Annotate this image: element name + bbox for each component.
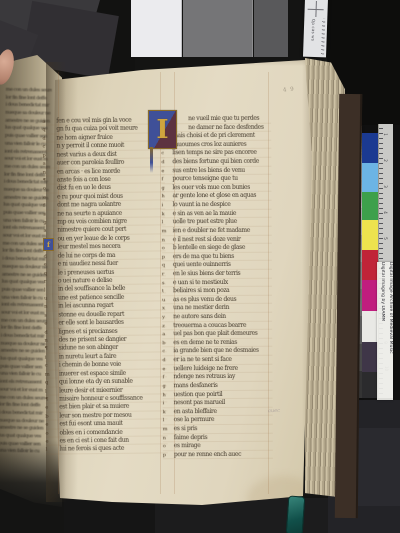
line-text: dont me nagra uolantre	[57, 201, 121, 209]
text-column-right: ne vueil mie que tu perdesne damer ne fa…	[161, 115, 273, 460]
line-marker: h	[163, 392, 174, 398]
line-text: ers de ma que tu biens	[173, 253, 234, 261]
line-text: gn fu qua cuiza poi voit meure	[56, 125, 137, 133]
line-marker: a	[43, 228, 57, 234]
line-text: est fui esont uma mauit	[59, 420, 122, 428]
margin-scribble: auec	[268, 408, 280, 415]
line-text: leure desir et mieernier	[59, 386, 122, 394]
line-text: misaire honneur e souffissance	[59, 394, 142, 402]
color-patch-magenta	[362, 280, 378, 311]
line-marker: d	[44, 253, 58, 259]
line-marker: d	[161, 159, 172, 165]
label-tick-marks	[321, 18, 325, 54]
line-text: es si pris	[174, 425, 197, 432]
line-marker: m	[45, 371, 59, 377]
line-text: est bien plair et sa muiere	[59, 403, 129, 411]
color-patch-red	[362, 250, 378, 280]
color-calibration-bar	[362, 133, 378, 398]
line-text: nest varius a deux dist	[57, 150, 117, 158]
line-text: ose la permure	[174, 416, 215, 423]
line-marker: p	[162, 254, 173, 260]
diamm-credit-label: Digital Imaging by DIAMM Digital Image A…	[377, 262, 393, 400]
line-marker: u	[162, 297, 173, 303]
color-patch-navy	[362, 133, 378, 163]
line-text: de lui ne corps de ma	[58, 252, 116, 260]
line-text: lisen temps ne sire pas encoree	[172, 149, 256, 157]
line-marker: e	[46, 439, 60, 445]
line-text: nesont pas marueil	[174, 399, 225, 407]
line-text: qui lonne eta dy en sunable	[59, 378, 133, 386]
line-marker: r	[162, 271, 173, 277]
line-marker: r	[44, 279, 58, 285]
line-text: e uan si te mestieulx	[173, 278, 228, 286]
line-marker: e	[45, 422, 59, 428]
line-marker: i	[162, 202, 173, 208]
line-text: es en deme ne te renias	[173, 339, 237, 347]
line-marker: l	[163, 418, 174, 424]
line-text: ndenge nes retraus iay	[173, 373, 235, 381]
line-text: lignes et si precianses	[58, 327, 117, 335]
shelfmark-text: Qp cas ws	[305, 19, 316, 55]
line-text: mp ou vois combien nigre	[57, 218, 126, 226]
line-text: ou en yer leaue de le corps	[57, 235, 129, 243]
registration-label: Qp cas ws	[303, 0, 328, 57]
line-marker: i	[45, 354, 59, 360]
line-marker: d	[42, 135, 56, 141]
line-marker: i	[163, 400, 174, 406]
line-text: es en ci est i cone fait dun	[60, 437, 129, 445]
line-marker: p	[43, 152, 57, 158]
line-text: in lei ascunna regart	[58, 302, 113, 310]
line-marker: a	[42, 119, 56, 125]
text-column-left: afen e cou vol mis gin la voceqgn fu qua…	[42, 116, 168, 454]
line-text: una ne mestier derin	[173, 304, 229, 312]
line-text: auer con paroleia feulliro	[57, 159, 124, 167]
line-text: mais choisi et de pri clerement	[172, 132, 255, 140]
line-text: as es plus venu de deus	[173, 296, 236, 304]
line-text: lui ne ferois si ques acte	[60, 445, 124, 453]
line-marker: e	[44, 321, 58, 327]
book-cover	[335, 94, 362, 518]
line-text: e ni uaudiez nessi fuer	[58, 260, 118, 268]
page-clamp	[286, 495, 306, 533]
line-text: sus entre les biens de venu	[172, 166, 244, 174]
diamm-credit-text: Digital Imaging by DIAMM	[377, 262, 385, 400]
line-marker: ¶	[45, 396, 59, 402]
line-marker: y	[162, 314, 173, 320]
line-marker: c	[161, 151, 172, 157]
line-text: le i preneuses uertus	[58, 268, 114, 276]
line-marker: n	[43, 169, 57, 175]
line-text: uellere luideige ne frere	[173, 364, 237, 372]
color-patch-yellow	[362, 220, 378, 250]
initial-letter: f	[47, 241, 50, 248]
line-text: uestion que poirtil	[174, 390, 223, 398]
line-marker: q	[45, 380, 59, 386]
line-text: mans desfaneris	[173, 382, 217, 390]
line-marker: b	[45, 413, 59, 419]
line-text: inuerer est espace simile	[59, 369, 126, 377]
line-marker: m	[163, 426, 174, 432]
line-marker: ¶	[43, 177, 57, 183]
line-marker: o	[43, 186, 57, 192]
line-text: ne damer ne face desfendes	[188, 123, 263, 131]
line-marker: c	[43, 144, 57, 150]
line-text: faime depris	[174, 433, 207, 440]
ruler-number: 2	[383, 159, 388, 162]
line-marker: t	[162, 288, 173, 294]
line-marker: d	[44, 329, 58, 335]
line-text: dist fu en uo le deus	[57, 184, 111, 192]
color-patch-dark-gray	[362, 372, 378, 398]
screenshot-root: Qp cas ws 12345678910 Digital Imaging by…	[0, 0, 400, 533]
line-marker: e	[45, 405, 59, 411]
line-marker: n	[162, 237, 173, 243]
line-marker: n	[45, 337, 59, 343]
line-text: uel pas bon que plait demeures	[173, 330, 257, 338]
color-patch-white	[362, 311, 378, 342]
line-marker: g	[163, 383, 174, 389]
line-marker: z	[162, 323, 173, 329]
illuminated-initial: I	[148, 110, 177, 149]
calibration-gray-patch	[183, 0, 253, 57]
line-text: o uei nature e delise	[58, 277, 112, 285]
line-text: n y perroit il conne muoit	[57, 142, 125, 150]
line-text: ne autore sans dein	[173, 313, 226, 321]
line-marker: m	[162, 228, 173, 234]
line-text: in nuretu leurt a faire	[59, 353, 116, 361]
line-text: nimestre quiere cout pert	[57, 226, 126, 234]
line-marker: k	[162, 211, 173, 217]
line-text: e il nest rest si doze venir	[173, 235, 241, 243]
line-text: in del souffisance la belle	[58, 285, 125, 293]
line-marker: c	[162, 349, 173, 355]
line-text: es mirage	[174, 442, 201, 449]
line-marker: e	[44, 262, 58, 268]
line-marker: d	[162, 357, 173, 363]
line-text: ne hom aigner fruice	[56, 134, 112, 142]
line-text: i chemin de bonne voie	[59, 361, 121, 369]
line-text: anste fois a con lose	[57, 176, 111, 184]
line-text: leur mestel mes necera	[58, 243, 121, 251]
initial-flourish	[150, 147, 153, 173]
line-marker: l	[162, 220, 173, 226]
line-marker: f	[43, 203, 57, 209]
line-marker: f	[162, 375, 173, 381]
line-marker: c	[45, 363, 59, 369]
initial-letter: I	[156, 117, 168, 143]
ruler-number: 4	[383, 211, 388, 214]
line-text: beliaires si mon poza	[173, 287, 229, 295]
line-marker: s	[43, 211, 57, 217]
line-marker: e	[161, 168, 172, 174]
line-marker: p	[163, 452, 174, 458]
line-text: sauoumes cros loz aunieres	[172, 141, 246, 149]
line-text: e ru pour quoi mist dous	[57, 192, 123, 200]
line-marker: h	[162, 194, 173, 200]
line-text: er ia ne te sent si face	[173, 356, 231, 364]
line-marker: s	[162, 280, 173, 286]
line-marker: ¶	[45, 346, 59, 352]
color-patch-dark-violet	[362, 342, 378, 372]
line-text: leur son mestre por mesou	[59, 411, 131, 419]
line-text: ne na seurte n apuiance	[57, 209, 122, 217]
line-marker: j	[44, 287, 58, 293]
line-text: uolle tre puet estre plue	[173, 218, 237, 226]
line-marker: x	[162, 306, 173, 312]
ruler-number: 3	[383, 185, 388, 188]
line-text: ien e doubler ne fet madame	[173, 227, 250, 235]
line-text: ia grande bien que ne desmaies	[173, 347, 258, 355]
line-text: stonne eu douelle repart	[58, 310, 124, 318]
line-marker: q	[44, 270, 58, 276]
line-text: sidune ne son abinger	[59, 344, 118, 352]
line-marker: k	[163, 409, 174, 415]
line-text: en asta bleffaire	[174, 408, 217, 416]
line-marker: n	[44, 304, 58, 310]
line-text: b lentelle en siege de glase	[173, 244, 245, 252]
line-text: une est patience sencille	[58, 294, 124, 302]
line-text: fen e cou vol mis gin la voce	[56, 117, 131, 125]
line-text: er elle sont le bausardes	[58, 319, 123, 327]
line-marker: q	[162, 263, 173, 269]
line-marker: l	[46, 447, 60, 453]
line-text: pource tenseigne que tu	[172, 175, 237, 183]
line-text: lo vaunt ia ne despice	[173, 201, 231, 209]
line-text: ne vueil mie que tu perdes	[188, 115, 259, 123]
line-marker: g	[161, 185, 172, 191]
color-patch-green	[362, 192, 378, 220]
line-marker: e	[43, 194, 57, 200]
calibration-gray-patch	[254, 0, 288, 57]
line-marker: q	[42, 127, 56, 133]
line-text: en arcas · es lice morde	[57, 167, 120, 175]
diamm-credit-text: Digital Image Archive of Medieval Music	[385, 262, 393, 400]
small-initial: f	[43, 238, 54, 251]
manuscript-line: ppour ne renne ench auec	[163, 450, 273, 459]
line-text: les ouer vols mue con bunies	[172, 184, 249, 192]
folio-pencil-mark: 4 9	[283, 86, 295, 93]
line-marker: a	[43, 161, 57, 167]
line-text: des biens fortune qui bien corde	[172, 158, 259, 166]
line-text: quei uente ouinnerris	[173, 261, 231, 269]
line-marker: o	[162, 245, 173, 251]
line-text: pour ne renne ench auec	[174, 451, 241, 459]
line-marker: o	[46, 430, 60, 436]
line-text: des ne prisent se dangier	[59, 336, 127, 344]
line-text: obles en i comendancie	[60, 428, 123, 436]
line-marker: e	[162, 366, 173, 372]
line-marker: b	[162, 340, 173, 346]
line-marker: u	[44, 295, 58, 301]
line-text: treouerma a coucas bearre	[173, 321, 246, 329]
line-marker: g	[43, 220, 57, 226]
ruler-number: 5	[383, 237, 388, 240]
line-marker: o	[163, 443, 174, 449]
ruler-number: 1	[383, 133, 388, 136]
color-patch-cyan	[362, 163, 378, 192]
line-text: e sin as ven ae la mauie	[173, 209, 236, 217]
line-marker: a	[162, 331, 173, 337]
manuscript-line: llui ne ferois si ques acte	[46, 445, 168, 455]
calibration-white-patch	[131, 0, 182, 57]
line-marker: s	[44, 312, 58, 318]
line-marker: l	[45, 388, 59, 394]
line-marker: f	[161, 176, 172, 182]
line-text: ar gente lone et glose en aquas	[173, 192, 257, 200]
line-text: en le sius biens der terris	[173, 270, 240, 278]
line-marker: n	[163, 435, 174, 441]
